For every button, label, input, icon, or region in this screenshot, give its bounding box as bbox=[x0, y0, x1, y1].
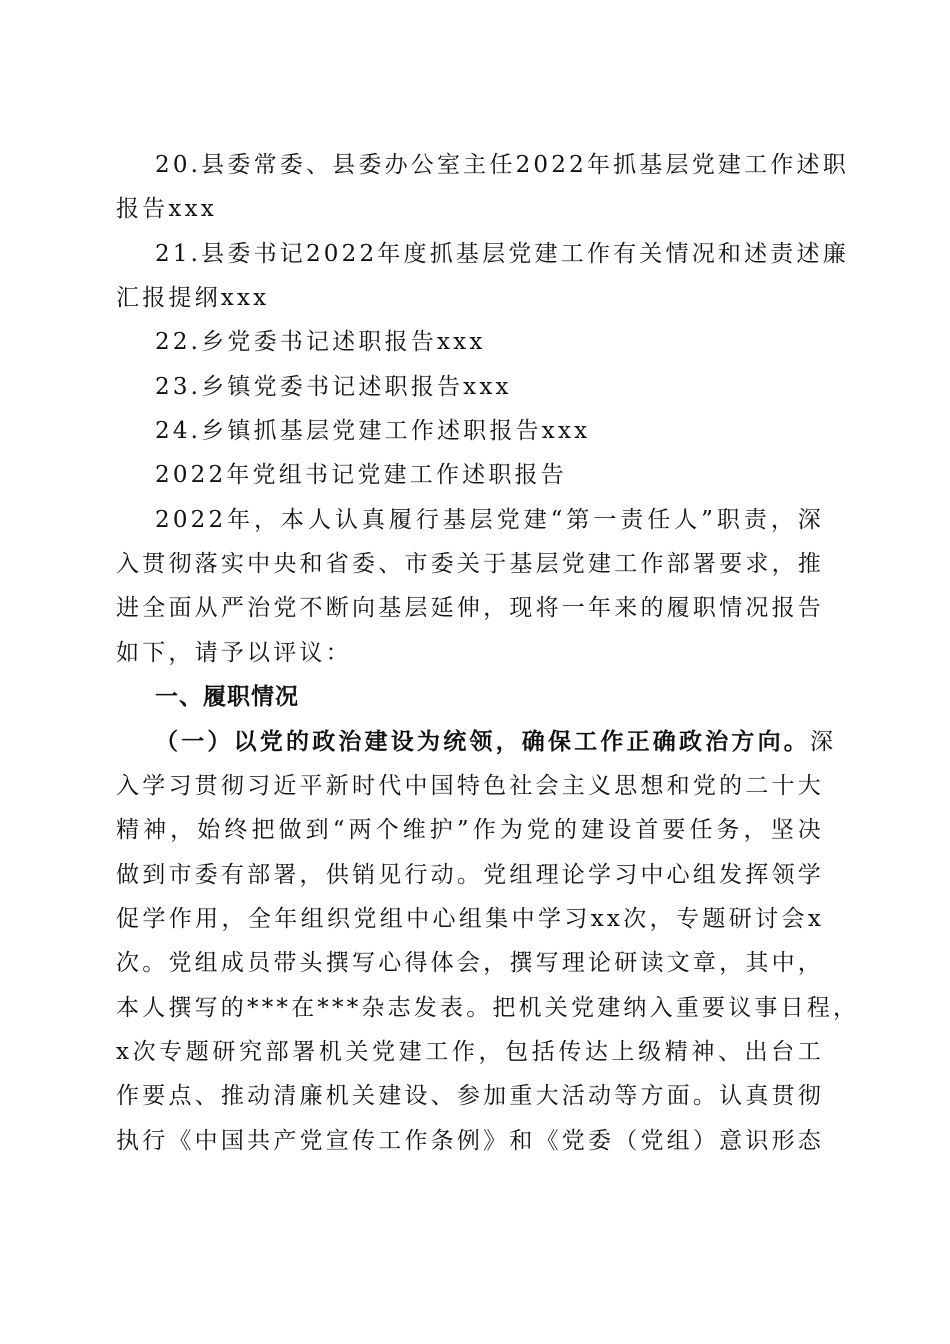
toc-item-24: 24.乡镇抓基层党建工作述职报告xxx bbox=[155, 411, 824, 451]
section-heading: 一、履职情况 bbox=[155, 677, 824, 717]
toc-item-20-line-1: 20.县委常委、县委办公室主任2022年抓基层党建工作述职 bbox=[155, 145, 824, 185]
body-line-6: 本人撰写的***在***杂志发表。把机关党建纳入重要议事日程， bbox=[116, 988, 824, 1028]
toc-item-21-line-1: 21.县委书记2022年度抓基层党建工作有关情况和述责述廉 bbox=[155, 234, 824, 274]
toc-item-22: 22.乡党委书记述职报告xxx bbox=[155, 322, 824, 362]
report-title: 2022年党组书记党建工作述职报告 bbox=[155, 455, 824, 495]
subsection-heading-tail: 深 bbox=[810, 729, 836, 755]
document-page: 20.县委常委、县委办公室主任2022年抓基层党建工作述职 报告xxx 21.县… bbox=[0, 0, 950, 1344]
body-line-8: 作要点、推动清廉机关建设、参加重大活动等方面。认真贯彻 bbox=[116, 1076, 824, 1116]
toc-item-20-line-2: 报告xxx bbox=[116, 189, 824, 229]
intro-line-3: 进全面从严治党不断向基层延伸，现将一年来的履职情况报告 bbox=[116, 588, 824, 628]
body-line-9: 执行《中国共产党宣传工作条例》和《党委（党组）意识形态 bbox=[116, 1121, 824, 1161]
body-line-1: 入学习贯彻习近平新时代中国特色社会主义思想和党的二十大 bbox=[116, 766, 824, 806]
intro-line-4: 如下，请予以评议： bbox=[116, 633, 824, 673]
subsection-first-line: （一）以党的政治建设为统领，确保工作正确政治方向。深 bbox=[155, 722, 824, 762]
body-line-3: 做到市委有部署，供销见行动。党组理论学习中心组发挥领学 bbox=[116, 855, 824, 895]
subsection-heading: （一）以党的政治建设为统领，确保工作正确政治方向。 bbox=[155, 729, 810, 755]
toc-item-21-line-2: 汇报提纲xxx bbox=[116, 278, 824, 318]
body-line-2: 精神，始终把做到“两个维护”作为党的建设首要任务，坚决 bbox=[116, 810, 824, 850]
body-line-5: 次。党组成员带头撰写心得体会，撰写理论研读文章，其中， bbox=[116, 943, 824, 983]
intro-line-2: 入贯彻落实中央和省委、市委关于基层党建工作部署要求，推 bbox=[116, 544, 824, 584]
intro-line-1: 2022年，本人认真履行基层党建“第一责任人”职责，深 bbox=[155, 500, 824, 540]
body-line-7: x次专题研究部署机关党建工作，包括传达上级精神、出台工 bbox=[116, 1032, 824, 1072]
body-line-4: 促学作用，全年组织党组中心组集中学习xx次，专题研讨会x bbox=[116, 899, 824, 939]
toc-item-23: 23.乡镇党委书记述职报告xxx bbox=[155, 367, 824, 407]
